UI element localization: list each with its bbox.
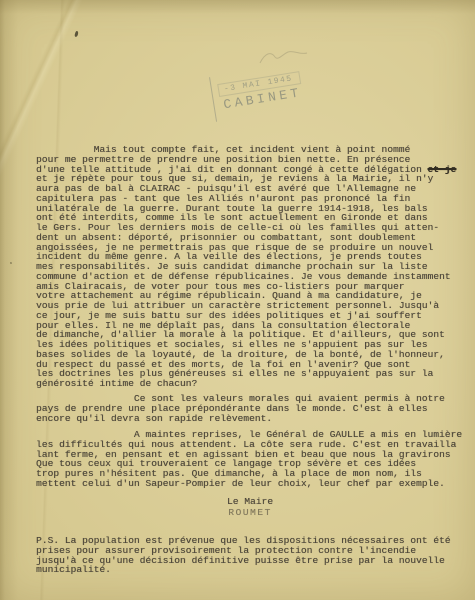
paper-speck — [74, 31, 79, 38]
paragraph-1-text-continued: et je répète pour tous que si, demain, j… — [36, 173, 451, 389]
paper-speck — [10, 262, 12, 264]
signature-name: ROUMET — [150, 508, 350, 519]
signature-block: Le Maire ROUMET — [150, 497, 350, 518]
cabinet-stamp: -3 MAI 1945 CABINET — [209, 63, 305, 122]
postscript: P.S. La population est prévenue que les … — [36, 536, 451, 575]
body-paragraph-2: Ce sont les valeurs morales qui avaient … — [36, 394, 445, 423]
body-paragraph-1: Mais tout compte fait, cet incident vien… — [36, 145, 456, 389]
paragraph-1-text: Mais tout compte fait, cet incident vien… — [36, 144, 428, 175]
document-page: -3 MAI 1945 CABINET Mais tout compte fai… — [0, 0, 475, 600]
pencil-scribble — [258, 48, 310, 68]
signature-role: Le Maire — [150, 497, 350, 508]
body-paragraph-3: A maintes reprises, le Général de GAULLE… — [36, 430, 462, 489]
